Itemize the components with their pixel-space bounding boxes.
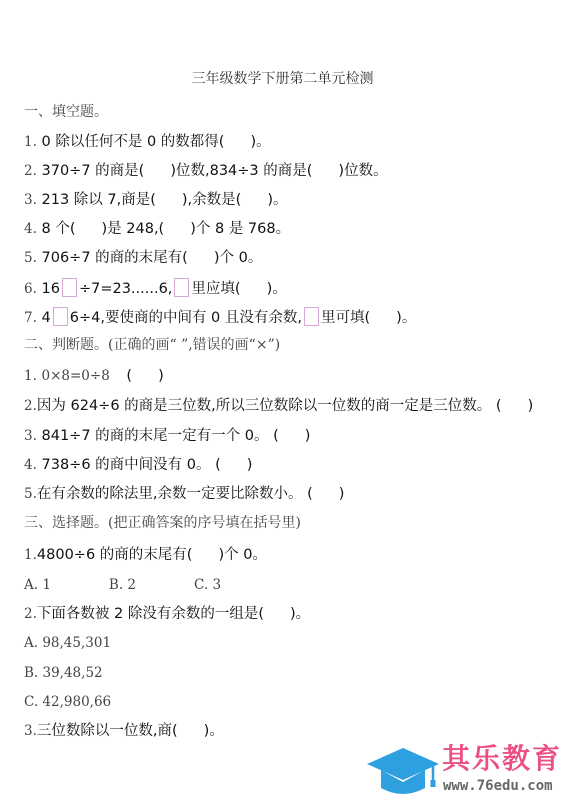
question-1-5: 5. 706÷7 的商的末尾有()个 0。	[24, 249, 262, 267]
digit-box	[174, 278, 189, 297]
option-b[interactable]: B. 2	[109, 577, 136, 593]
option-c[interactable]: C. 3	[194, 577, 221, 593]
question-2-4: 4. 738÷6 的商中间没有 0。 ()	[24, 456, 252, 474]
question-3-2: 2.下面各数被 2 除没有余数的一组是()。	[24, 605, 310, 623]
question-3-3: 3.三位数除以一位数,商()。	[24, 722, 224, 740]
section-heading-fill-blank: 一、填空题。	[24, 103, 108, 121]
question-2-5: 5.在有余数的除法里,余数一定要比除数小。 ()	[24, 485, 344, 503]
question-1-1: 1. 0 除以任何不是 0 的数都得()。	[24, 133, 271, 151]
page-title: 三年级数学下册第二单元检测	[0, 68, 565, 88]
brand-logo: 其乐教育 www.76edu.com	[365, 742, 565, 798]
digit-box[interactable]	[53, 307, 68, 326]
question-3-1: 1.4800÷6 的商的末尾有()个 0。	[24, 546, 267, 564]
option-a[interactable]: A. 98,45,301	[24, 634, 111, 652]
option-b[interactable]: B. 39,48,52	[24, 664, 103, 682]
question-2-1: 1. 0×8=0÷8 ()	[24, 367, 164, 385]
graduation-cap-icon	[365, 742, 441, 798]
question-1-4: 4. 8 个()是 248,()个 8 是 768。	[24, 220, 290, 238]
question-1-3: 3. 213 除以 7,商是(),余数是()。	[24, 191, 288, 209]
digit-box[interactable]	[62, 278, 77, 297]
brand-url: www.76edu.com	[443, 778, 553, 794]
options-row: A. 1B. 2C. 3	[24, 576, 221, 594]
digit-box	[304, 307, 319, 326]
section-heading-true-false: 二、判断题。(正确的画“ ”,错误的画“×”)	[24, 336, 280, 354]
question-2-3: 3. 841÷7 的商的末尾一定有一个 0。 ()	[24, 427, 310, 445]
question-1-2: 2. 370÷7 的商是()位数,834÷3 的商是()位数。	[24, 162, 388, 180]
brand-name: 其乐教育	[442, 742, 562, 776]
question-2-2: 2.因为 624÷6 的商是三位数,所以三位数除以一位数的商一定是三位数。 ()	[24, 397, 533, 415]
section-heading-multiple-choice: 三、选择题。(把正确答案的序号填在括号里)	[24, 514, 301, 532]
option-c[interactable]: C. 42,980,66	[24, 693, 111, 711]
question-1-7: 7. 46÷4,要使商的中间有 0 且没有余数,里可填()。	[24, 307, 416, 327]
question-1-6: 6. 16÷7=23......6,里应填()。	[24, 278, 287, 298]
option-a[interactable]: A. 1	[24, 577, 51, 593]
